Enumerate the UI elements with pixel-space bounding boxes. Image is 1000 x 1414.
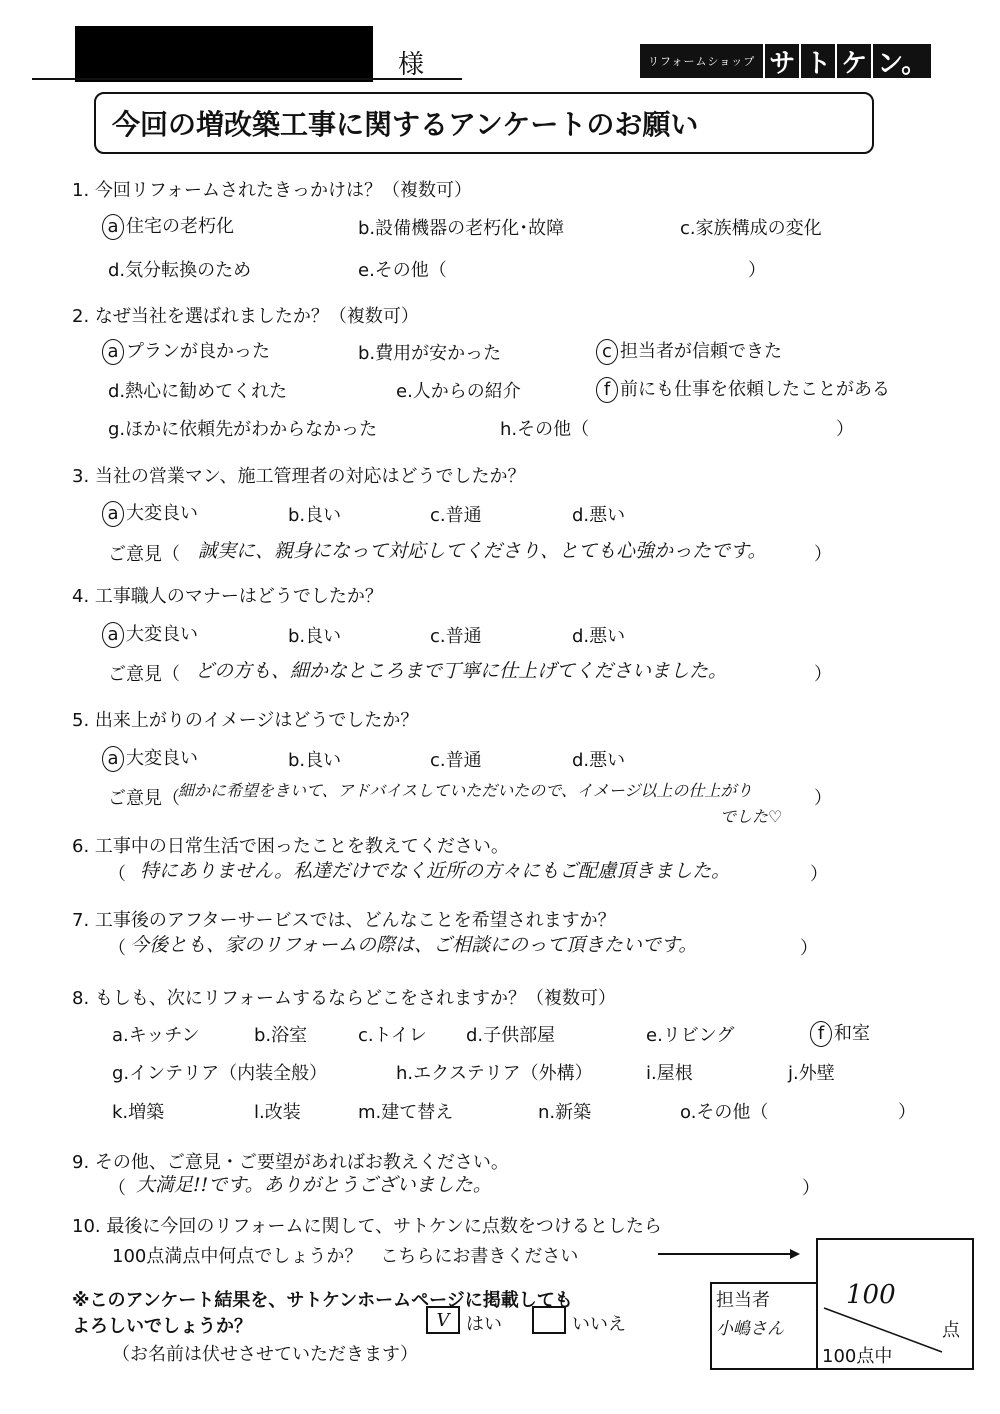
company-logo: リフォームショップ サ ト ケ ン。 (640, 44, 931, 78)
q3-comment-label: ご意見（ (108, 540, 180, 566)
q8-option-k[interactable]: k.増築 (112, 1098, 164, 1124)
q7-close-paren: ） (800, 934, 818, 960)
q5-option-a[interactable]: a大変良い (102, 744, 198, 772)
q1-option-a[interactable]: a住宅の老朽化 (102, 212, 234, 240)
question-10-label-line1: 10. 最後に今回のリフォームに関して、サトケンに点数をつけるとしたら (72, 1212, 662, 1238)
arrow-line (658, 1253, 790, 1255)
circle-mark: c (596, 339, 618, 365)
q8-option-d[interactable]: d.子供部屋 (466, 1021, 555, 1047)
publish-yes-checkbox[interactable]: V (426, 1306, 460, 1334)
staff-box: 担当者 小嶋さん (710, 1282, 818, 1370)
logo-char: ケ (837, 44, 871, 78)
q5-comment-handwritten[interactable]: 細かに希望をきいて、アドバイスしていただいたので、イメージ以上の仕上がり (178, 778, 752, 801)
logo-char: ト (801, 44, 835, 78)
q1-option-e[interactable]: e.その他（ (358, 256, 447, 282)
circle-mark: f (596, 377, 618, 403)
q2-option-c[interactable]: c担当者が信頼できた (596, 337, 782, 365)
q3-close-paren: ） (814, 540, 832, 566)
publish-no-label: いいえ (572, 1310, 626, 1336)
q8-option-a[interactable]: a.キッチン (112, 1021, 200, 1047)
circle-mark: f (810, 1021, 832, 1047)
q5-close-paren: ） (814, 784, 832, 810)
q8-close-paren: ） (898, 1098, 916, 1124)
q3-option-c[interactable]: c.普通 (430, 501, 482, 527)
q1-option-b[interactable]: b.設備機器の老朽化･故障 (358, 214, 564, 240)
q4-option-c[interactable]: c.普通 (430, 622, 482, 648)
q5-option-d[interactable]: d.悪い (572, 746, 625, 772)
q8-option-e[interactable]: e.リビング (646, 1021, 734, 1047)
question-10-label-line2: 100点満点中何点でしょうか？ こちらにお書きください (112, 1242, 578, 1268)
q4-option-d[interactable]: d.悪い (572, 622, 625, 648)
publish-consent-line1: ※このアンケート結果を、サトケンホームページに掲載しても (72, 1286, 573, 1312)
q1-option-d[interactable]: d.気分転換のため (108, 256, 251, 282)
q1-option-c[interactable]: c.家族構成の変化 (680, 214, 822, 240)
q8-option-l[interactable]: l.改装 (254, 1098, 301, 1124)
q2-option-d[interactable]: d.熱心に勧めてくれた (108, 377, 287, 403)
q9-open-paren: （ (108, 1174, 126, 1200)
publish-yes-label: はい (466, 1310, 502, 1336)
q4-comment-label: ご意見（ (108, 660, 180, 686)
redacted-customer-name (75, 26, 373, 82)
circle-mark: a (102, 339, 124, 365)
staff-name-handwritten: 小嶋さん (716, 1314, 784, 1339)
q8-option-f[interactable]: f和室 (810, 1019, 870, 1047)
question-4-label: 4. 工事職人のマナーはどうでしたか？ (72, 582, 383, 608)
q4-option-b[interactable]: b.良い (288, 622, 341, 648)
q9-close-paren: ） (802, 1174, 820, 1200)
q5-option-b[interactable]: b.良い (288, 746, 341, 772)
q6-open-paren: （ (108, 860, 126, 886)
q8-option-m[interactable]: m.建て替え (358, 1098, 453, 1124)
q2-option-h[interactable]: h.その他（ (500, 415, 589, 441)
q8-option-c[interactable]: c.トイレ (358, 1021, 427, 1047)
q7-answer-handwritten[interactable]: 今後とも、家のリフォームの際は、ご相談にのって頂きたいです。 (130, 930, 697, 957)
q2-option-g[interactable]: g.ほかに依頼先がわからなかった (108, 415, 377, 441)
q2-close-paren: ） (836, 415, 854, 441)
publish-consent-line2: よろしいでしょうか？ (72, 1312, 252, 1338)
q1-close-paren: ） (748, 256, 766, 282)
arrow-right-icon (790, 1249, 800, 1259)
q6-answer-handwritten[interactable]: 特にありません。私達だけでなく近所の方々にもご配慮頂きました。 (140, 856, 730, 883)
honorific-sama: 様 (398, 44, 424, 81)
circle-mark: a (102, 622, 124, 648)
question-5-label: 5. 出来上がりのイメージはどうでしたか？ (72, 706, 418, 732)
q8-option-n[interactable]: n.新築 (538, 1098, 591, 1124)
question-7-label: 7. 工事後のアフターサービスでは、どんなことを希望されますか？ (72, 906, 616, 932)
q3-option-d[interactable]: d.悪い (572, 501, 625, 527)
q8-option-g[interactable]: g.インテリア（内装全般） (112, 1059, 327, 1085)
score-max-label: 100点中 (822, 1342, 892, 1368)
question-6-label: 6. 工事中の日常生活で困ったことを教えてください。 (72, 832, 509, 858)
q7-open-paren: （ (108, 934, 126, 960)
score-box: 100 点 100点中 (816, 1238, 974, 1370)
q4-comment-handwritten[interactable]: どの方も、細かなところまで丁寧に仕上げてくださいました。 (195, 656, 727, 683)
q2-option-e[interactable]: e.人からの紹介 (396, 377, 521, 403)
question-2-label: 2. なぜ当社を選ばれましたか？（複数可） (72, 302, 419, 328)
q2-option-a[interactable]: aプランが良かった (102, 337, 270, 365)
logo-shop-label: リフォームショップ (640, 44, 763, 78)
q9-answer-handwritten[interactable]: 大満足!!です。ありがとうございました。 (136, 1170, 492, 1197)
q2-option-f[interactable]: f前にも仕事を依頼したことがある (596, 375, 890, 403)
q5-comment-handwritten-line2: でした♡ (720, 804, 782, 827)
score-unit: 点 (942, 1316, 960, 1342)
logo-char: ン。 (873, 44, 931, 78)
q5-comment-label: ご意見（ (108, 784, 180, 810)
question-3-label: 3. 当社の営業マン、施工管理者の対応はどうでしたか？ (72, 462, 525, 488)
question-8-label: 8. もしも、次にリフォームするならどこをされますか？（複数可） (72, 984, 616, 1010)
logo-char: サ (765, 44, 799, 78)
publish-note: （お名前は伏せさせていただきます） (112, 1340, 418, 1366)
q3-comment-handwritten[interactable]: 誠実に、親身になって対応してくださり、とても心強かったです。 (198, 536, 766, 563)
page-title-text: 今回の増改築工事に関するアンケートのお願い (112, 103, 698, 143)
circle-mark: a (102, 501, 124, 527)
q3-option-b[interactable]: b.良い (288, 501, 341, 527)
publish-no-checkbox[interactable] (532, 1306, 566, 1334)
staff-label: 担当者 (716, 1286, 770, 1312)
q8-option-j[interactable]: j.外壁 (788, 1059, 835, 1085)
q8-option-o[interactable]: o.その他（ (680, 1098, 768, 1124)
page-title: 今回の増改築工事に関するアンケートのお願い (94, 92, 874, 154)
q8-option-b[interactable]: b.浴室 (254, 1021, 307, 1047)
q4-close-paren: ） (814, 660, 832, 686)
q3-option-a[interactable]: a大変良い (102, 499, 198, 527)
circle-mark: a (102, 746, 124, 772)
q5-option-c[interactable]: c.普通 (430, 746, 482, 772)
circle-mark: a (102, 214, 124, 240)
q6-close-paren: ） (810, 860, 828, 886)
question-1-label: 1. 今回リフォームされたきっかけは？（複数可） (72, 176, 472, 202)
q4-option-a[interactable]: a大変良い (102, 620, 198, 648)
q8-option-h[interactable]: h.エクステリア（外構） (396, 1059, 593, 1085)
q8-option-i[interactable]: i.屋根 (646, 1059, 693, 1085)
q2-option-b[interactable]: b.費用が安かった (358, 339, 501, 365)
